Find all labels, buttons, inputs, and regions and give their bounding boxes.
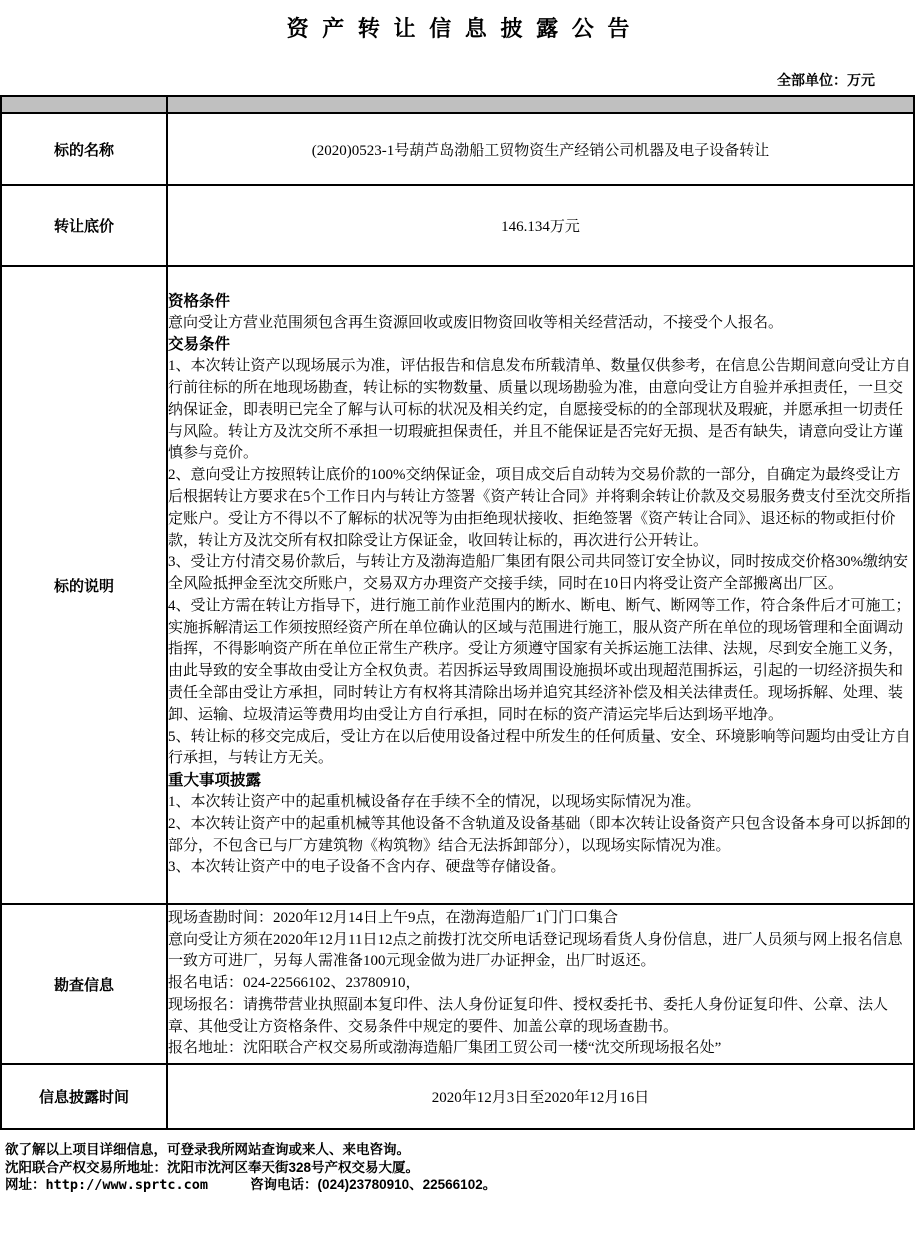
disclosure-table: 标的名称 (2020)0523-1号葫芦岛渤船工贸物资生产经销公司机器及电子设备…: [0, 95, 915, 1130]
survey-info-line-2: 意向受让方须在2020年12月11日12点之前拨打沈交所电话登记现场看货人身份信…: [168, 930, 913, 974]
footer-note-line-1: 欲了解以上项目详细信息，可登录我所网站查询或来人、来电咨询。: [5, 1141, 916, 1159]
subject-description-label: 标的说明: [1, 266, 167, 904]
survey-info-content: 现场查勘时间：2020年12月14日上午9点，在渤海造船厂1门门口集合 意向受让…: [167, 904, 914, 1064]
footer: 欲了解以上项目详细信息，可登录我所网站查询或来人、来电咨询。 沈阳联合产权交易所…: [5, 1141, 916, 1195]
trade-condition-item-4: 4、受让方需在转让方指导下，进行施工前作业范围内的断水、断电、断气、断网等工作，…: [168, 596, 913, 727]
survey-info-label: 勘查信息: [1, 904, 167, 1064]
table-header-row: [1, 96, 914, 113]
trade-condition-item-1: 1、本次转让资产以现场展示为准，评估报告和信息发布所载清单、数量仅供参考，在信息…: [168, 356, 913, 465]
header-cell-blank-right: [167, 96, 914, 113]
header-cell-blank-left: [1, 96, 167, 113]
base-price-label: 转让底价: [1, 185, 167, 266]
subject-name-label: 标的名称: [1, 113, 167, 185]
survey-info-line-1: 现场查勘时间：2020年12月14日上午9点，在渤海造船厂1门门口集合: [168, 908, 913, 930]
base-price-value: 146.134万元: [167, 185, 914, 266]
trade-condition-item-5: 5、转让标的移交完成后，受让方在以后使用设备过程中所发生的任何质量、安全、环境影…: [168, 727, 913, 771]
subject-description-content: 资格条件 意向受让方营业范围须包含再生资源回收或废旧物资回收等相关经营活动，不接…: [167, 266, 914, 904]
website-url: http://www.sprtc.com: [46, 1177, 209, 1193]
major-disclosure-item-3: 3、本次转让资产中的电子设备不含内存、硬盘等存储设备。: [168, 857, 913, 879]
survey-info-line-4: 现场报名：请携带营业执照副本复印件、法人身份证复印件、授权委托书、委托人身份证复…: [168, 995, 913, 1039]
disclosure-period-value: 2020年12月3日至2020年12月16日: [167, 1064, 914, 1129]
row-subject-description: 标的说明 资格条件 意向受让方营业范围须包含再生资源回收或废旧物资回收等相关经营…: [1, 266, 914, 904]
row-subject-name: 标的名称 (2020)0523-1号葫芦岛渤船工贸物资生产经销公司机器及电子设备…: [1, 113, 914, 185]
footer-contact-line: 网址：http://www.sprtc.com咨询电话：(024)2378091…: [5, 1176, 916, 1195]
survey-info-line-3: 报名电话：024-22566102、23780910，: [168, 973, 913, 995]
major-disclosure-header: 重大事项披露: [168, 770, 913, 792]
disclosure-period-label: 信息披露时间: [1, 1064, 167, 1129]
trade-condition-item-2: 2、意向受让方按照转让底价的100%交纳保证金，项目成交后自动转为交易价款的一部…: [168, 465, 913, 552]
row-survey-info: 勘查信息 现场查勘时间：2020年12月14日上午9点，在渤海造船厂1门门口集合…: [1, 904, 914, 1064]
row-disclosure-period: 信息披露时间 2020年12月3日至2020年12月16日: [1, 1064, 914, 1129]
qualification-conditions-header: 资格条件: [168, 291, 913, 313]
subject-name-value: (2020)0523-1号葫芦岛渤船工贸物资生产经销公司机器及电子设备转让: [167, 113, 914, 185]
unit-note: 全部单位：万元: [0, 70, 875, 90]
trade-condition-item-3: 3、受让方付清交易价款后，与转让方及渤海造船厂集团有限公司共同签订安全协议，同时…: [168, 552, 913, 596]
major-disclosure-item-1: 1、本次转让资产中的起重机械设备存在手续不全的情况，以现场实际情况为准。: [168, 792, 913, 814]
row-base-price: 转让底价 146.134万元: [1, 185, 914, 266]
consult-phone: 咨询电话：(024)23780910、22566102。: [250, 1177, 496, 1192]
trade-conditions-header: 交易条件: [168, 334, 913, 356]
major-disclosure-item-2: 2、本次转让资产中的起重机械等其他设备不含轨道及设备基础（即本次转让设备资产只包…: [168, 814, 913, 858]
qualification-conditions-text: 意向受让方营业范围须包含再生资源回收或废旧物资回收等相关经营活动，不接受个人报名…: [168, 313, 913, 335]
footer-address-line: 沈阳联合产权交易所地址：沈阳市沈河区奉天街328号产权交易大厦。: [5, 1159, 916, 1177]
announcement-page: 资产转让信息披露公告 全部单位：万元 标的名称 (2020)0523-1号葫芦岛…: [0, 0, 916, 1246]
website-label: 网址：: [5, 1177, 46, 1192]
page-title: 资产转让信息披露公告: [0, 0, 916, 43]
survey-info-line-5: 报名地址：沈阳联合产权交易所或渤海造船厂集团工贸公司一楼“沈交所现场报名处”: [168, 1038, 913, 1060]
